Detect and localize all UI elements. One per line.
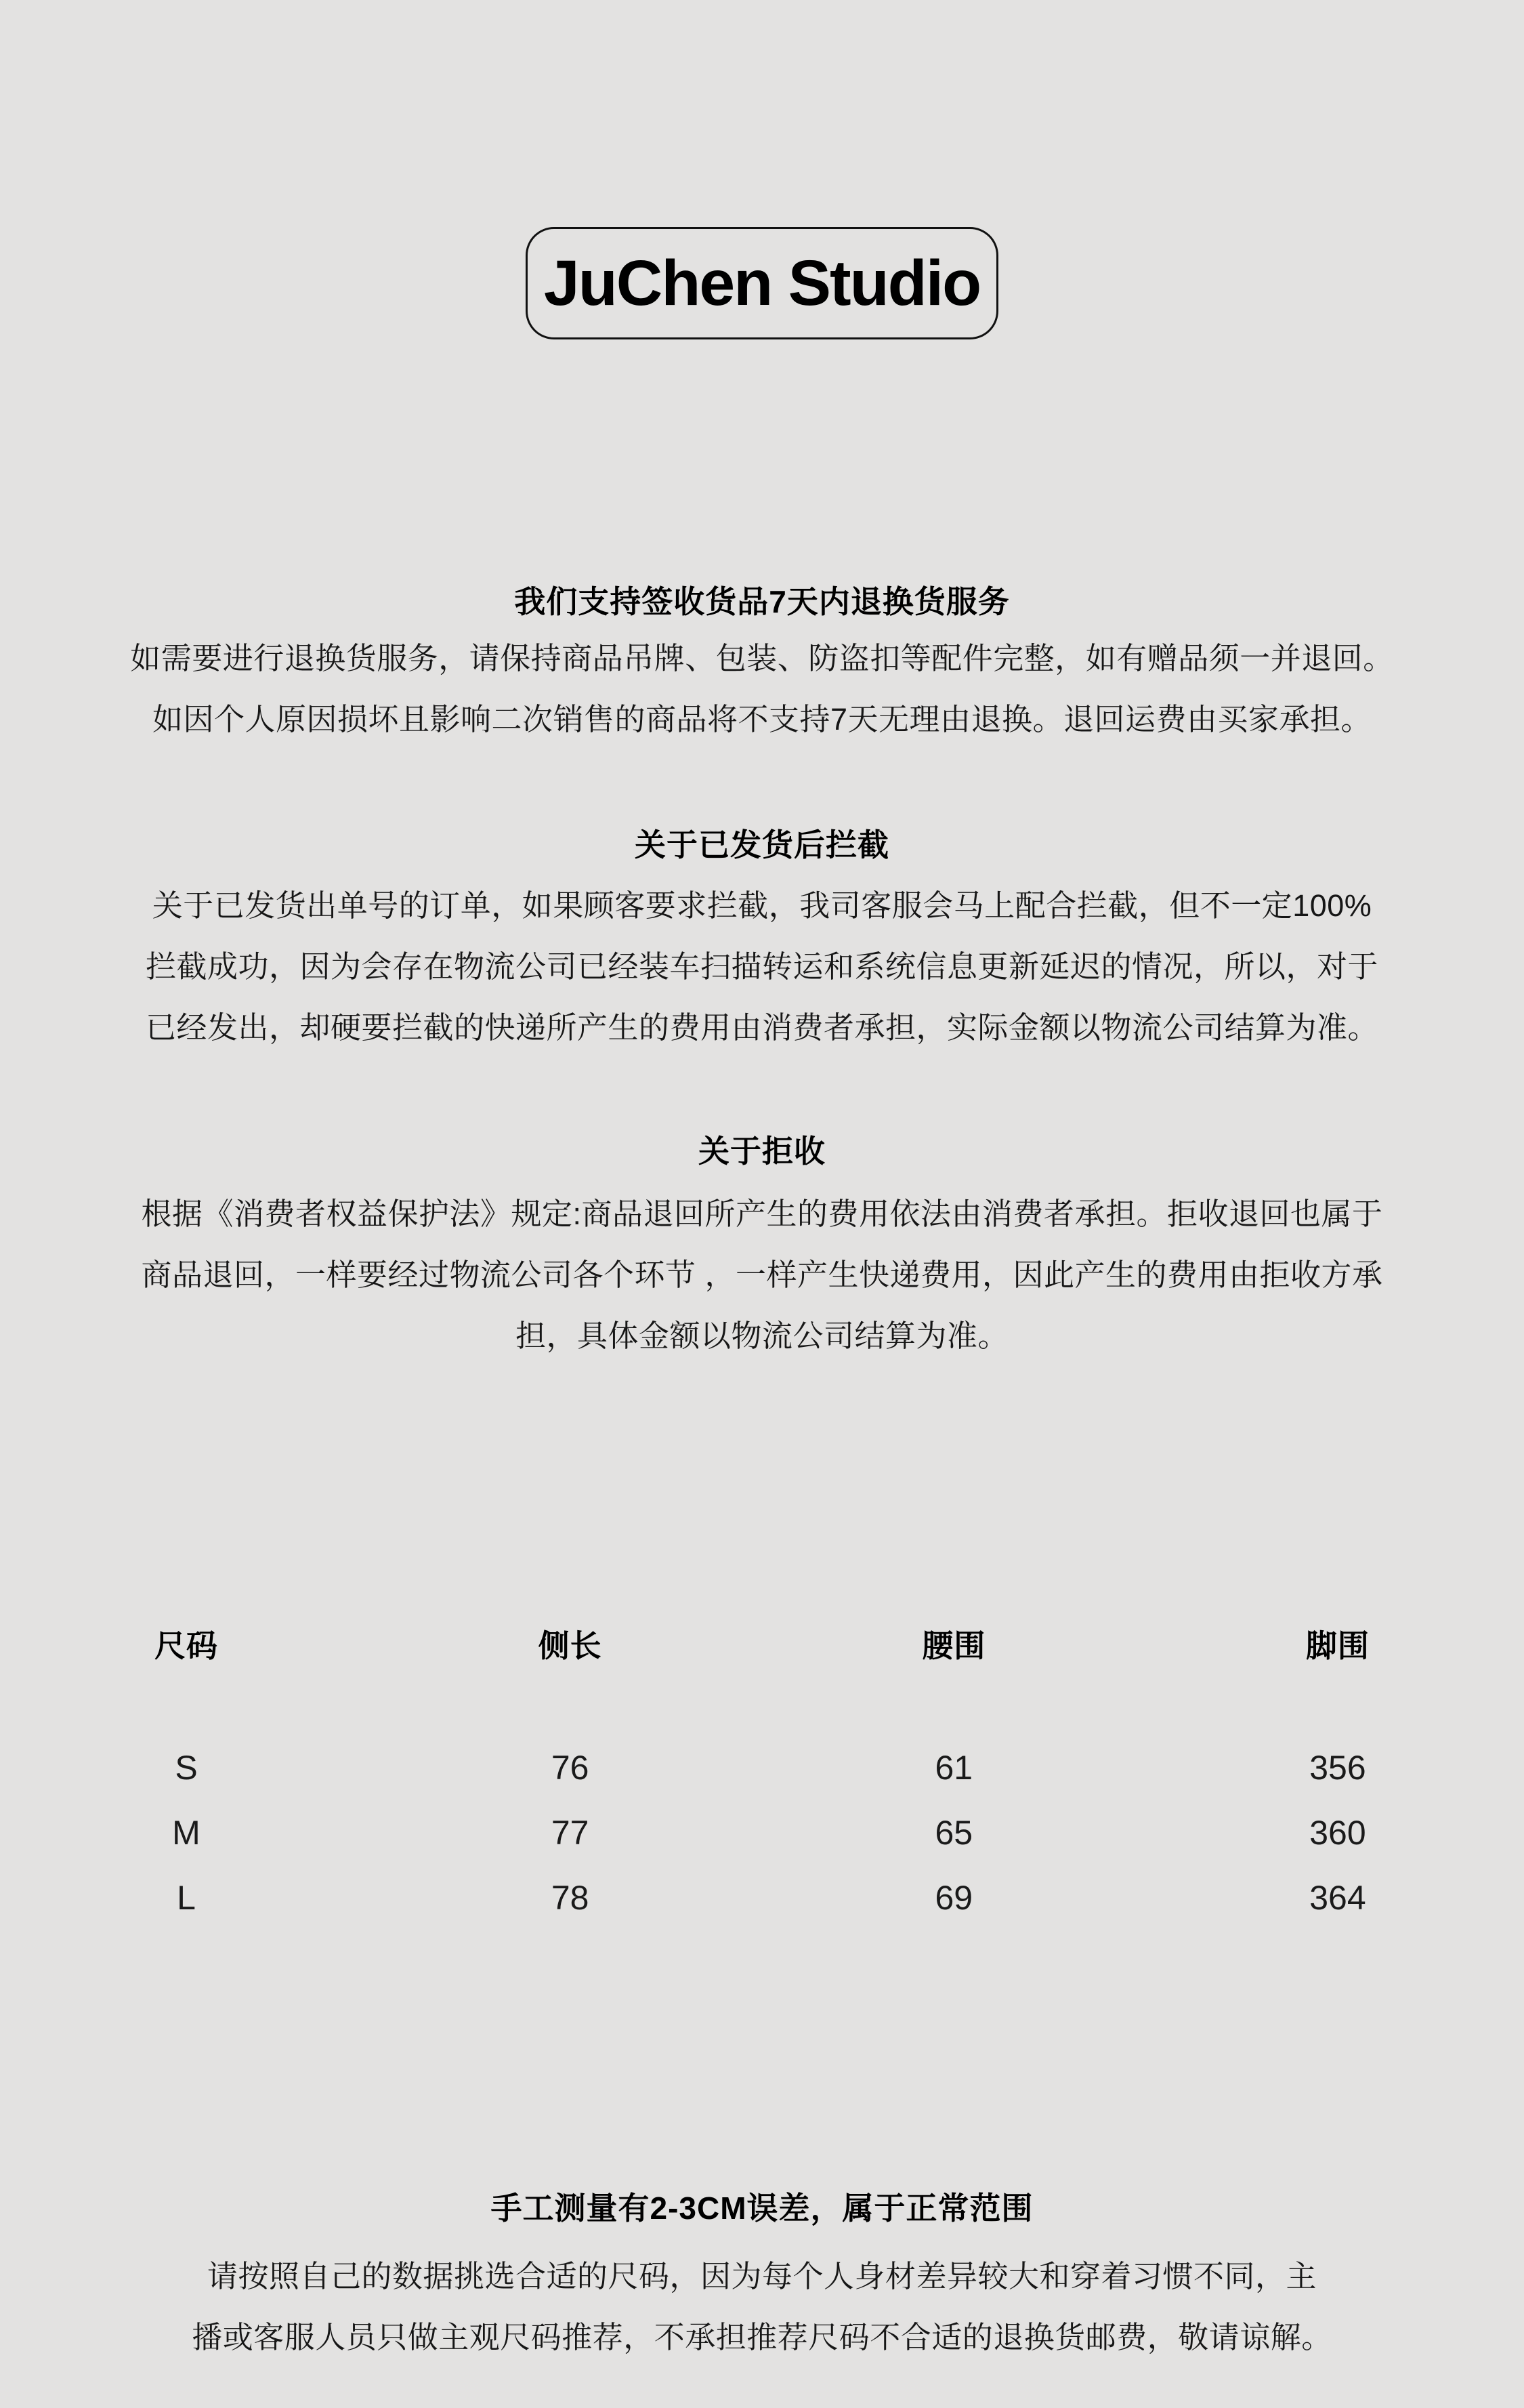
size-table: 尺码 侧长 腰围 脚围 S 76 61 356 M 77 65 360 L 78… [152,1622,1372,1930]
column-header-side-length: 侧长 [536,1622,604,1669]
product-policy-page: JuChen Studio 我们支持签收货品7天内退换货服务 如需要进行退换货服… [0,0,1524,2408]
size-table-header-row: 尺码 侧长 腰围 脚围 [152,1622,1372,1669]
size-table-row-m: M 77 65 360 [152,1800,1372,1865]
size-label: L [152,1865,220,1930]
brand-logo-box: JuChen Studio [526,227,998,339]
size-table-row-s: S 76 61 356 [152,1735,1372,1800]
waist-value: 61 [920,1735,988,1800]
size-label: S [152,1735,220,1800]
column-header-foot: 脚围 [1304,1622,1372,1669]
return-policy-body: 如需要进行退换货服务，请保持商品吊牌、包装、防盗扣等配件完整，如有赠品须一并退回… [0,628,1524,750]
side-length-value: 76 [536,1735,604,1800]
return-policy-heading: 我们支持签收货品7天内退换货服务 [0,578,1524,625]
size-label: M [152,1800,220,1865]
side-length-value: 78 [536,1865,604,1930]
side-length-value: 77 [536,1800,604,1865]
waist-value: 69 [920,1865,988,1930]
column-header-size: 尺码 [152,1622,220,1669]
interception-heading: 关于已发货后拦截 [0,821,1524,869]
foot-value: 364 [1304,1865,1372,1930]
rejection-body: 根据《消费者权益保护法》规定:商品退回所产生的费用依法由消费者承担。拒收退回也属… [0,1184,1524,1367]
section-return-policy: 我们支持签收货品7天内退换货服务 如需要进行退换货服务，请保持商品吊牌、包装、防… [0,578,1524,750]
size-table-row-l: L 78 69 364 [152,1865,1372,1930]
section-shipment-interception: 关于已发货后拦截 关于已发货出单号的订单，如果顾客要求拦截，我司客服会马上配合拦… [0,821,1524,1058]
section-measurement-note: 手工测量有2-3CM误差，属于正常范围 请按照自己的数据挑选合适的尺码，因为每个… [0,2184,1524,2368]
interception-body: 关于已发货出单号的订单，如果顾客要求拦截，我司客服会马上配合拦截，但不一定100… [0,875,1524,1058]
rejection-heading: 关于拒收 [0,1127,1524,1175]
column-header-waist: 腰围 [920,1622,988,1669]
foot-value: 356 [1304,1735,1372,1800]
waist-value: 65 [920,1800,988,1865]
measurement-note-body: 请按照自己的数据挑选合适的尺码，因为每个人身材差异较大和穿着习惯不同，主 播或客… [0,2246,1524,2368]
section-rejection: 关于拒收 根据《消费者权益保护法》规定:商品退回所产生的费用依法由消费者承担。拒… [0,1127,1524,1367]
brand-logo-text: JuChen Studio [544,247,980,320]
measurement-note-heading: 手工测量有2-3CM误差，属于正常范围 [0,2184,1524,2232]
foot-value: 360 [1304,1800,1372,1865]
